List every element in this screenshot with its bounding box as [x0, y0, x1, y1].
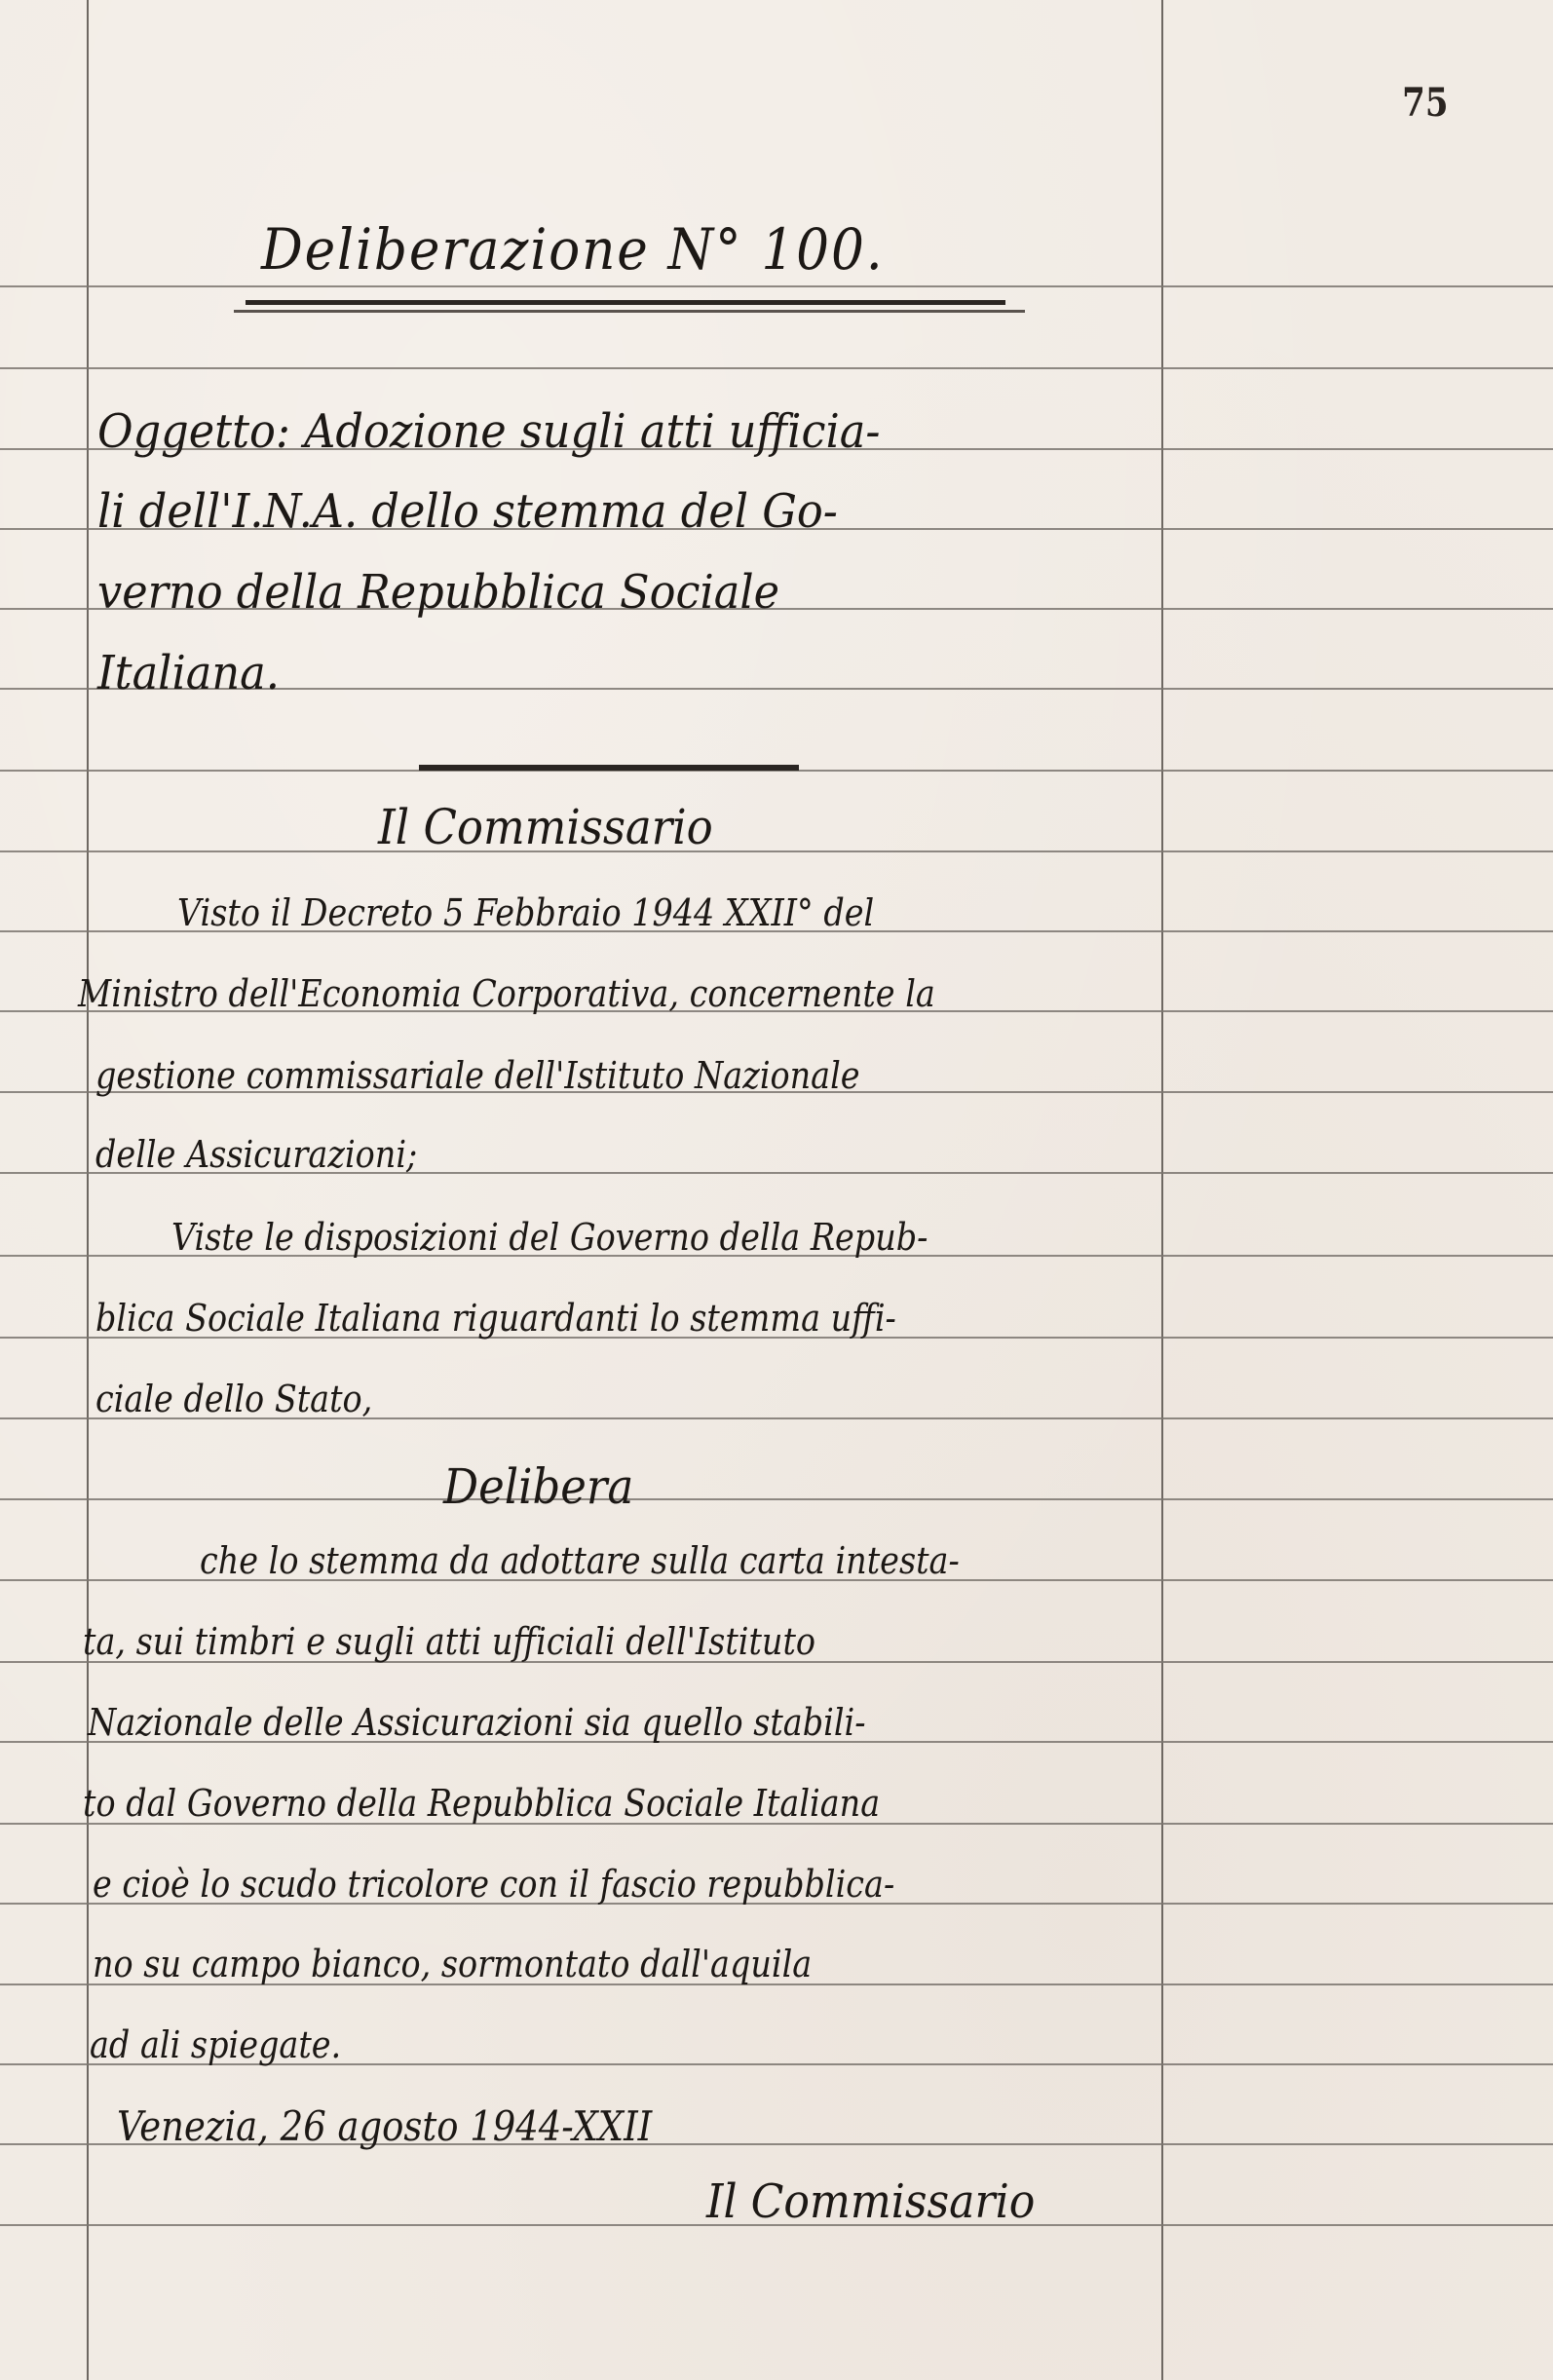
right-margin-rule: [1161, 0, 1163, 2380]
preamble-line: Visto il Decreto 5 Febbraio 1944 XXII° d…: [177, 891, 874, 934]
subject-line: Oggetto: Adozione sugli atti ufficia-: [97, 404, 880, 459]
preamble-line: delle Assicurazioni;: [95, 1133, 417, 1176]
place-date: Venezia, 26 agosto 1944-XXII: [117, 2102, 652, 2150]
deliberation-title: Deliberazione N° 100.: [261, 216, 885, 283]
ruled-line: [0, 1498, 1553, 1500]
title-underline-secondary: [234, 310, 1025, 313]
resolution-line: ad ali spiegate.: [90, 2023, 341, 2066]
ruled-line: [0, 850, 1553, 852]
preamble-line: Viste le disposizioni del Governo della …: [171, 1216, 928, 1259]
subject-line: li dell'I.N.A. dello stemma del Go-: [97, 484, 838, 539]
preamble-line: ciale dello Stato,: [95, 1378, 372, 1420]
resolution-line: no su campo bianco, sormontato dall'aqui…: [93, 1943, 812, 1985]
issuer-heading: Il Commissario: [378, 799, 713, 855]
signature: Il Commissario: [706, 2174, 1035, 2229]
resolution-line: Nazionale delle Assicurazioni sia quello…: [88, 1701, 866, 1744]
preamble-line: Ministro dell'Economia Corporativa, conc…: [78, 972, 935, 1015]
section-divider: [419, 765, 799, 771]
left-margin-rule: [87, 0, 89, 2380]
resolution-heading: Delibera: [443, 1458, 633, 1515]
subject-line: verno della Repubblica Sociale: [97, 565, 779, 620]
resolution-line: ta, sui timbri e sugli atti ufficiali de…: [83, 1620, 815, 1663]
title-underline: [246, 300, 1005, 305]
subject-line: Italiana.: [97, 646, 280, 700]
resolution-line: to dal Governo della Repubblica Sociale …: [83, 1782, 880, 1825]
page-number: 75: [1402, 80, 1448, 126]
resolution-line: e cioè lo scudo tricolore con il fascio …: [93, 1863, 894, 1906]
ledger-page: 75 Deliberazione N° 100. Oggetto: Adozio…: [0, 0, 1553, 2380]
preamble-line: blica Sociale Italiana riguardanti lo st…: [95, 1297, 896, 1340]
ruled-line: [0, 367, 1553, 369]
preamble-line: gestione commissariale dell'Istituto Naz…: [95, 1054, 860, 1097]
ruled-line: [0, 285, 1553, 287]
resolution-line: che lo stemma da adottare sulla carta in…: [200, 1539, 960, 1582]
